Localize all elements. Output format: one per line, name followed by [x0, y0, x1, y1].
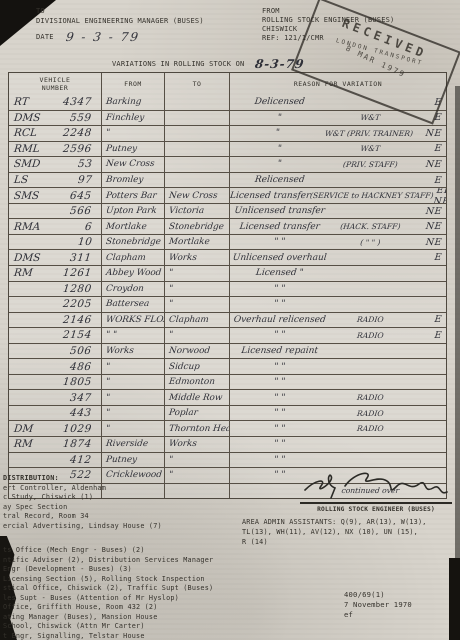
distribution-line: ts Office (Mech Engr - Buses) (2): [3, 546, 213, 556]
header-vehicle-number: VEHICLE NUMBER: [9, 73, 101, 95]
reason-code: E: [411, 143, 446, 154]
from-cell: " ": [101, 328, 164, 343]
header-to: TO: [164, 73, 229, 95]
reason-note: RADIO: [329, 393, 413, 402]
from-value: Abbey Wood: [105, 268, 161, 278]
distribution-line: ay Spec Section: [3, 503, 162, 513]
from-value: Croydon: [105, 284, 144, 294]
reason-text: Unlicensed transfer: [229, 206, 329, 216]
from-cell: Croydon: [101, 282, 164, 297]
reason-code: NE: [413, 128, 446, 139]
vehicle-prefix: DM: [13, 423, 33, 435]
vehicle-cell: RM1874: [9, 437, 101, 452]
vehicle-prefix: LS: [13, 174, 28, 186]
table-row: RML2596Putney"W&TE: [9, 141, 446, 157]
reason-cell: Licensed transfer(HACK. STAFF)NE: [229, 219, 446, 234]
vehicle-cell: DM1029: [9, 421, 101, 436]
to-value: ": [168, 299, 173, 309]
vehicle-number: 2205: [63, 298, 93, 310]
reason-text: Delicensed: [229, 97, 329, 107]
distribution-line: t Engr, Signalling, Telstar House: [3, 632, 213, 640]
from-value: ": [105, 377, 110, 387]
scan-artifact-bottom-right: [449, 558, 460, 640]
from-value: ": [105, 393, 110, 403]
to-cell: ": [164, 282, 229, 297]
vehicle-cell: 347: [9, 390, 101, 405]
distribution-line: ert Controller, Aldenham: [3, 484, 162, 494]
vehicle-number: 1874: [63, 438, 93, 450]
header-to-block: TO DIVISIONAL ENGINEERING MANAGER (BUSES…: [36, 7, 204, 26]
vehicle-cell: RML2596: [9, 142, 101, 157]
from-value: WORKS FLOAT: [105, 315, 164, 325]
to-cell: [164, 111, 229, 126]
vehicle-cell: SMS645: [9, 188, 101, 203]
table-row: 347"Middle Row" "RADIO: [9, 389, 446, 405]
vehicle-number: 2154: [63, 329, 93, 341]
vehicle-cell: RMA6: [9, 219, 101, 234]
reason-code: E: [411, 252, 446, 263]
table-row: 1280Croydon"" ": [9, 281, 446, 297]
to-value: DIVISIONAL ENGINEERING MANAGER (BUSES): [36, 17, 204, 27]
to-value: ": [168, 455, 173, 465]
reason-text: " ": [229, 393, 329, 403]
table-row: RCL2248""W&T (PRIV. TRAINER)NE: [9, 125, 446, 141]
reason-text: Unlicensed overhaul: [229, 253, 329, 263]
table-row: 566Upton ParkVictoriaUnlicensed transfer…: [9, 203, 446, 219]
from-cell: Upton Park: [101, 204, 164, 219]
reason-text: " ": [229, 408, 329, 418]
vehicle-cell: RCL2248: [9, 126, 101, 141]
reason-cell: "W&T (PRIV. TRAINER)NE: [229, 126, 446, 141]
to-cell: Stonebridge: [164, 219, 229, 234]
vehicle-prefix: RML: [13, 143, 40, 155]
reason-text: " ": [229, 362, 329, 372]
from-cell: ": [101, 359, 164, 374]
vehicle-prefix: RMA: [13, 221, 41, 233]
reason-cell: " "RADIO: [229, 406, 446, 421]
vehicle-cell: 1280: [9, 282, 101, 297]
reason-text: ": [229, 144, 329, 154]
vehicle-cell: 2146: [9, 313, 101, 328]
reason-cell: " ": [229, 297, 446, 312]
from-cell: Bromley: [101, 173, 164, 188]
footer-initials: ef: [344, 610, 412, 620]
reason-text: " ": [229, 377, 329, 387]
signature-underline: [300, 502, 452, 504]
to-cell: ": [164, 453, 229, 468]
table-row: 2146WORKS FLOATClaphamOverhaul relicense…: [9, 312, 446, 328]
reason-cell: " ": [229, 437, 446, 452]
vehicle-cell: DMS559: [9, 111, 101, 126]
header-date-block: DATE 9 - 3 - 79: [36, 30, 140, 44]
reason-cell: Licensed repaint: [229, 344, 446, 359]
reason-cell: Licensed ": [229, 266, 446, 281]
from-value: " ": [105, 330, 117, 340]
vehicle-cell: RT4347: [9, 95, 101, 110]
signature-title: ROLLING STOCK ENGINEER (BUSES): [300, 506, 452, 513]
from-cell: Clapham: [101, 250, 164, 265]
to-cell: Clapham: [164, 313, 229, 328]
table-row: RM1261Abbey Wood"Licensed ": [9, 265, 446, 281]
distribution-list: DISTRIBUTION: ert Controller, Aldenhamc …: [3, 474, 162, 532]
reason-cell: Unlicensed transferNE: [229, 204, 446, 219]
reason-cell: "W&TE: [229, 142, 446, 157]
vehicle-cell: 506: [9, 344, 101, 359]
vehicle-cell: 412: [9, 453, 101, 468]
vehicle-number: 486: [70, 361, 93, 373]
admin-line: TL(13), WH(11), AV(12), NX (10), UN (15)…: [242, 528, 427, 538]
title-text: VARIATIONS IN ROLLING STOCK ON: [112, 60, 244, 68]
reason-note: RADIO: [329, 331, 413, 340]
vehicle-prefix: DMS: [13, 112, 41, 124]
to-cell: [164, 126, 229, 141]
reason-code: NE: [411, 221, 446, 232]
vehicle-number: 53: [77, 158, 93, 170]
from-value: ": [105, 408, 110, 418]
from-cell: Mortlake: [101, 219, 164, 234]
from-cell: ": [101, 375, 164, 390]
to-cell: ": [164, 297, 229, 312]
reason-note: RADIO: [329, 424, 413, 433]
vehicle-cell: 443: [9, 406, 101, 421]
from-cell: ": [101, 126, 164, 141]
from-value: Finchley: [105, 113, 144, 123]
reason-cell: " "( " " )NE: [229, 235, 446, 250]
table-row: 486"Sidcup" ": [9, 358, 446, 374]
table-row: 412Putney"" ": [9, 452, 446, 468]
vehicle-number: 10: [77, 236, 93, 248]
vehicle-number: 347: [70, 392, 93, 404]
reason-cell: " "RADIOE: [229, 328, 446, 343]
reason-cell: Unlicensed overhaulE: [229, 250, 446, 265]
to-cell: New Cross: [164, 188, 229, 203]
from-value: ": [105, 362, 110, 372]
to-cell: Works: [164, 250, 229, 265]
distribution-line: c Study, Chiswick (1): [3, 493, 162, 503]
vehicle-number: 645: [70, 190, 93, 202]
reason-cell: " ": [229, 282, 446, 297]
reason-text: ": [229, 128, 325, 138]
vehicle-number: 412: [70, 454, 93, 466]
reason-note: (HACK. STAFF): [329, 222, 413, 231]
from-value: Upton Park: [105, 206, 157, 216]
reason-text: Licensed repaint: [229, 346, 329, 356]
header-from: FROM: [101, 73, 164, 95]
to-cell: Norwood: [164, 344, 229, 359]
vehicle-number: 1280: [63, 283, 93, 295]
from-value: Riverside: [105, 439, 148, 449]
to-cell: ": [164, 328, 229, 343]
to-value: ": [168, 284, 173, 294]
variations-table: VEHICLE NUMBER FROM TO REASON FOR VARIAT…: [8, 72, 447, 499]
vehicle-number: 443: [70, 407, 93, 419]
reason-text: Licensed transfer: [229, 222, 329, 232]
distribution-line: Engr (Development - Buses) (3): [3, 565, 213, 575]
reason-note: RADIO: [329, 315, 413, 324]
date-handwritten: 9 - 3 - 79: [65, 30, 141, 44]
vehicle-prefix: SMD: [13, 158, 41, 170]
to-cell: Thornton Heath: [164, 421, 229, 436]
reason-cell: Overhaul relicensedRADIOE: [229, 313, 446, 328]
to-value: Sidcup: [168, 362, 200, 372]
distribution-group2: ts Office (Mech Engr - Buses) (2)ntific …: [3, 546, 213, 640]
from-cell: Abbey Wood: [101, 266, 164, 281]
table-row: DMS311ClaphamWorksUnlicensed overhaulE: [9, 249, 446, 265]
from-value: Stonebridge: [105, 237, 161, 247]
to-value: Thornton Heath: [168, 424, 229, 434]
from-value: ": [105, 424, 110, 434]
vehicle-prefix: RM: [13, 438, 33, 450]
distribution-line: ating Manager (Buses), Mansion House: [3, 613, 213, 623]
reason-code: E: [411, 330, 446, 341]
reason-cell: " ": [229, 453, 446, 468]
admin-line: AREA ADMIN ASSISTANTS: Q(9), AR(13), W(1…: [242, 518, 427, 528]
reason-code: E: [411, 175, 446, 186]
from-value: Putney: [105, 144, 137, 154]
reason-code: NE: [411, 206, 446, 217]
from-cell: Works: [101, 344, 164, 359]
from-cell: Finchley: [101, 111, 164, 126]
vehicle-number: 6: [84, 221, 92, 233]
table-row: 2154" """ "RADIOE: [9, 327, 446, 343]
vehicle-number: 4347: [63, 96, 93, 108]
distribution-line: ntific Adviser (2), Distribution Service…: [3, 556, 213, 566]
table-row: 1805"Edmonton" ": [9, 374, 446, 390]
to-cell: Middle Row: [164, 390, 229, 405]
to-cell: [164, 142, 229, 157]
to-cell: Victoria: [164, 204, 229, 219]
distribution-line: les Supt - Buses (Attention of Mr Hyslop…: [3, 594, 213, 604]
reason-text: " ": [229, 330, 329, 340]
reason-text: ": [229, 113, 329, 123]
vehicle-number: 97: [77, 174, 93, 186]
signature-block: ROLLING STOCK ENGINEER (BUSES): [300, 468, 452, 513]
table-row: DM1029"Thornton Heath" "RADIO: [9, 420, 446, 436]
from-value: Clapham: [105, 253, 146, 263]
from-cell: Stonebridge: [101, 235, 164, 250]
to-value: Mortlake: [168, 237, 210, 247]
to-cell: [164, 157, 229, 172]
to-value: Works: [168, 439, 197, 449]
from-cell: Potters Bar: [101, 188, 164, 203]
to-cell: [164, 95, 229, 110]
to-cell: [164, 173, 229, 188]
vehicle-cell: 1805: [9, 375, 101, 390]
from-value: Potters Bar: [105, 191, 157, 201]
vehicle-number: 1261: [63, 267, 93, 279]
vehicle-number: 311: [70, 252, 93, 264]
vehicle-number: 2596: [63, 143, 93, 155]
vehicle-number: 1029: [63, 423, 93, 435]
from-cell: Barking: [101, 95, 164, 110]
vehicle-cell: 486: [9, 359, 101, 374]
vehicle-number: 1805: [63, 376, 93, 388]
reason-code: NE: [411, 159, 446, 170]
from-value: Battersea: [105, 299, 149, 309]
to-cell: ": [164, 266, 229, 281]
table-row: 506WorksNorwoodLicensed repaint: [9, 343, 446, 359]
table-row: SMD53New Cross"(PRIV. STAFF)NE: [9, 156, 446, 172]
footer-reference-block: 400/69(1) 7 November 1970 ef: [344, 590, 412, 620]
reason-cell: Licensed transfer(SERVICE to HACKNEY STA…: [229, 188, 446, 203]
to-value: ": [168, 330, 173, 340]
to-value: Stonebridge: [168, 222, 224, 232]
vehicle-number: 506: [70, 345, 93, 357]
from-cell: ": [101, 421, 164, 436]
vehicle-number: 559: [70, 112, 93, 124]
vehicle-prefix: RM: [13, 267, 33, 279]
to-label: TO: [36, 7, 204, 17]
vehicle-cell: 10: [9, 235, 101, 250]
vehicle-prefix: SMS: [13, 190, 39, 202]
table-row: 10StonebridgeMortlake" "( " " )NE: [9, 234, 446, 250]
from-value: Mortlake: [105, 222, 147, 232]
vehicle-cell: 566: [9, 204, 101, 219]
table-row: DMS559Finchley"W&TE: [9, 110, 446, 126]
from-value: Bromley: [105, 175, 143, 185]
from-value: Works: [105, 346, 134, 356]
vehicle-cell: 2205: [9, 297, 101, 312]
from-value: ": [105, 128, 110, 138]
to-cell: Poplar: [164, 406, 229, 421]
to-value: Poplar: [168, 408, 198, 418]
reason-note: ( " " ): [329, 238, 413, 247]
to-value: Norwood: [168, 346, 210, 356]
to-value: Victoria: [168, 206, 204, 216]
reason-text: Relicensed: [229, 175, 329, 185]
reason-text: " ": [229, 424, 329, 434]
date-label: DATE: [36, 33, 54, 41]
reason-text: " ": [229, 439, 329, 449]
distribution-group1: ert Controller, Aldenhamc Study, Chiswic…: [3, 484, 162, 532]
footer-ref-number: 400/69(1): [344, 590, 412, 600]
reason-text: " ": [229, 299, 329, 309]
table-row: SMS645Potters BarNew CrossLicensed trans…: [9, 187, 446, 203]
footer-date: 7 November 1970: [344, 600, 412, 610]
vehicle-number: 566: [70, 205, 93, 217]
to-value: Works: [168, 253, 197, 263]
distribution-line: stical Office, Chiswick (2), Traffic Sup…: [3, 584, 213, 594]
reason-cell: " ": [229, 375, 446, 390]
table-row: RM1874RiversideWorks" ": [9, 436, 446, 452]
to-cell: Edmonton: [164, 375, 229, 390]
document-title: VARIATIONS IN ROLLING STOCK ON 8-3-79: [112, 57, 304, 71]
reason-cell: " "RADIO: [229, 421, 446, 436]
scan-artifact-right-edge: [455, 86, 460, 566]
reason-text: " ": [229, 284, 329, 294]
from-cell: Putney: [101, 142, 164, 157]
to-cell: ": [164, 468, 229, 483]
distribution-heading: DISTRIBUTION:: [3, 474, 162, 484]
table-row: LS97BromleyRelicensedE: [9, 172, 446, 188]
reason-cell: RelicensedE: [229, 173, 446, 188]
vehicle-prefix: DMS: [13, 252, 41, 264]
to-value: ": [168, 268, 173, 278]
from-cell: Battersea: [101, 297, 164, 312]
admin-line: R (14): [242, 538, 427, 548]
reason-cell: " "RADIO: [229, 390, 446, 405]
reason-code: NE: [411, 237, 446, 248]
reason-text: " ": [229, 237, 329, 247]
vehicle-cell: SMD53: [9, 157, 101, 172]
to-value: New Cross: [168, 191, 218, 201]
vehicle-number: 2146: [63, 314, 93, 326]
from-cell: Putney: [101, 453, 164, 468]
reason-text: Licensed transfer: [229, 191, 310, 201]
vehicle-number: 2248: [63, 127, 93, 139]
table-row: 2205Battersea"" ": [9, 296, 446, 312]
reason-note: W&T: [329, 144, 413, 153]
reason-text: Overhaul relicensed: [229, 315, 329, 325]
distribution-line: tral Record, Room 34: [3, 512, 162, 522]
from-cell: ": [101, 390, 164, 405]
from-cell: ": [101, 406, 164, 421]
to-cell: Works: [164, 437, 229, 452]
table-row: RMA6MortlakeStonebridgeLicensed transfer…: [9, 218, 446, 234]
distribution-line: School, Chiswick (Attn Mr Carter): [3, 622, 213, 632]
to-value: Middle Row: [168, 393, 222, 403]
to-value: Clapham: [168, 315, 209, 325]
to-value: ": [168, 470, 173, 480]
vehicle-cell: DMS311: [9, 250, 101, 265]
reason-note: W&T (PRIV. TRAINER): [325, 129, 414, 138]
from-cell: Riverside: [101, 437, 164, 452]
from-cell: WORKS FLOAT: [101, 313, 164, 328]
table-row: 443"Poplar" "RADIO: [9, 405, 446, 421]
reason-note: (PRIV. STAFF): [329, 160, 413, 169]
from-value: Barking: [105, 97, 141, 107]
reason-note: RADIO: [329, 409, 413, 418]
vehicle-prefix: RCL: [13, 127, 37, 139]
reason-note: (SERVICE to HACKNEY STAFF): [310, 191, 434, 200]
signature-scrawl: [301, 468, 451, 502]
vehicle-prefix: RT: [13, 96, 29, 108]
vehicle-cell: LS97: [9, 173, 101, 188]
distribution-line: ercial Advertising, Lindsay House (7): [3, 522, 162, 532]
to-cell: [164, 484, 229, 499]
reason-cell: "(PRIV. STAFF)NE: [229, 157, 446, 172]
reason-text: ": [229, 159, 329, 169]
from-value: New Cross: [105, 159, 155, 169]
to-value: Edmonton: [168, 377, 215, 387]
vehicle-cell: 2154: [9, 328, 101, 343]
from-value: Putney: [105, 455, 137, 465]
reason-text: Licensed ": [229, 268, 329, 278]
scanned-document-page: TO DIVISIONAL ENGINEERING MANAGER (BUSES…: [0, 0, 460, 640]
reason-cell: " ": [229, 359, 446, 374]
to-cell: Mortlake: [164, 235, 229, 250]
distribution-line: Office, Griffith House, Room 432 (2): [3, 603, 213, 613]
from-cell: New Cross: [101, 157, 164, 172]
reason-code: EL NE: [433, 188, 446, 203]
vehicle-cell: RM1261: [9, 266, 101, 281]
reason-text: " ": [229, 455, 329, 465]
stock-table-rows: RT4347BarkingDelicensedEDMS559Finchley"W…: [9, 95, 446, 498]
reason-code: E: [411, 314, 446, 325]
area-admin-block: AREA ADMIN ASSISTANTS: Q(9), AR(13), W(1…: [242, 518, 427, 547]
to-cell: Sidcup: [164, 359, 229, 374]
reason-note: W&T: [329, 113, 413, 122]
distribution-line: Licensing Section (5), Rolling Stock Ins…: [3, 575, 213, 585]
